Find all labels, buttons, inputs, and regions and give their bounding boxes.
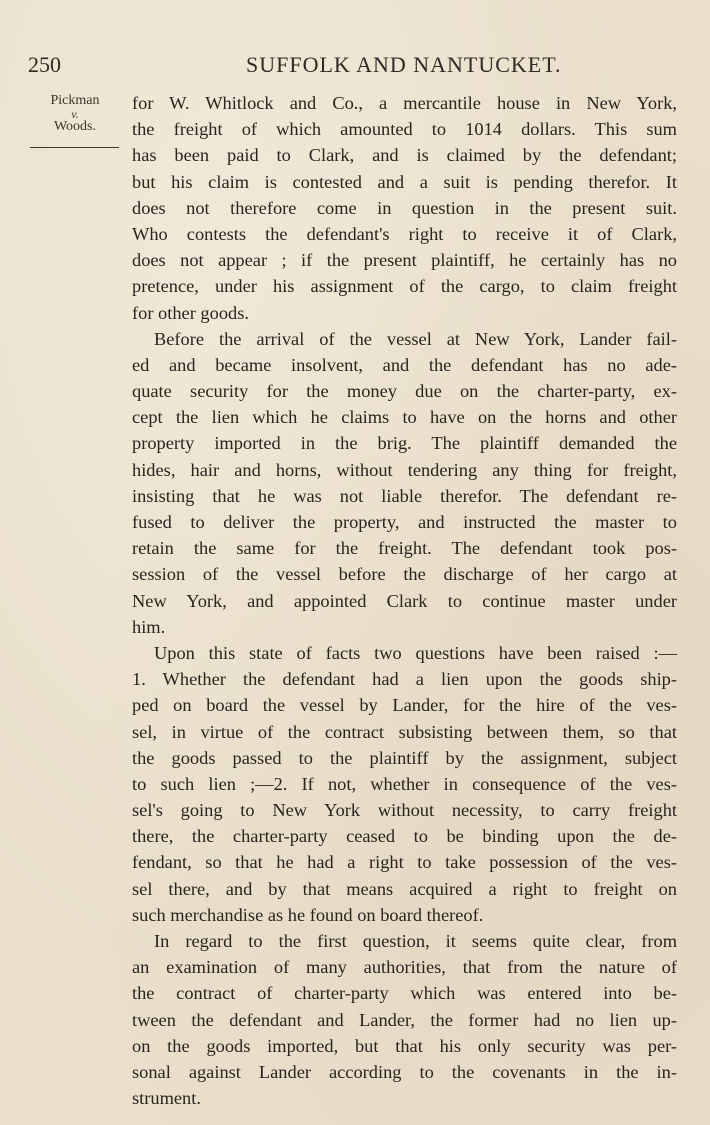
text-line: ed and became insolvent, and the defenda…	[132, 352, 677, 378]
text-line: such merchandise as he found on board th…	[132, 902, 677, 928]
text-line: sel's going to New York without necessit…	[132, 797, 677, 823]
running-head: 250 SUFFOLK AND NANTUCKET.	[28, 52, 688, 82]
text-line: on the goods imported, but that his only…	[132, 1033, 677, 1059]
text-line: for W. Whitlock and Co., a mercantile ho…	[132, 90, 677, 116]
text-line: for other goods.	[132, 300, 677, 326]
text-line: tween the defendant and Lander, the form…	[132, 1007, 677, 1033]
text-line: In regard to the first question, it seem…	[132, 928, 677, 954]
text-line: him.	[132, 614, 677, 640]
text-line: strument.	[132, 1085, 677, 1111]
text-line: Before the arrival of the vessel at New …	[132, 326, 677, 352]
text-line: the goods passed to the plaintiff by the…	[132, 745, 677, 771]
paragraph-4: In regard to the first question, it seem…	[132, 928, 677, 1111]
text-line: ped on board the vessel by Lander, for t…	[132, 692, 677, 718]
paragraph-1: for W. Whitlock and Co., a mercantile ho…	[132, 90, 677, 326]
text-line: sel, in virtue of the contract subsistin…	[132, 719, 677, 745]
text-line: New York, and appointed Clark to continu…	[132, 588, 677, 614]
running-title: SUFFOLK AND NANTUCKET.	[246, 52, 562, 78]
paragraph-2: Before the arrival of the vessel at New …	[132, 326, 677, 640]
text-line: fendant, so that he had a right to take …	[132, 849, 677, 875]
page-number: 250	[28, 52, 61, 78]
text-line: insisting that he was not liable therefo…	[132, 483, 677, 509]
text-line: cept the lien which he claims to have on…	[132, 404, 677, 430]
paragraph-3: Upon this state of facts two questions h…	[132, 640, 677, 928]
body-text: for W. Whitlock and Co., a mercantile ho…	[132, 90, 677, 1111]
text-line: sel there, and by that means acquired a …	[132, 876, 677, 902]
text-line: retain the same for the freight. The def…	[132, 535, 677, 561]
case-sidenote: Pickman v. Woods.	[30, 93, 120, 135]
text-line: the freight of which amounted to 1014 do…	[132, 116, 677, 142]
text-line: does not appear ; if the present plainti…	[132, 247, 677, 273]
text-line: fused to deliver the property, and instr…	[132, 509, 677, 535]
text-line: has been paid to Clark, and is claimed b…	[132, 142, 677, 168]
text-line: Who contests the defendant's right to re…	[132, 221, 677, 247]
sidenote-divider	[30, 147, 119, 148]
text-line: does not therefore come in question in t…	[132, 195, 677, 221]
text-line: quate security for the money due on the …	[132, 378, 677, 404]
text-line: 1. Whether the defendant had a lien upon…	[132, 666, 677, 692]
book-page: 250 SUFFOLK AND NANTUCKET. Pickman v. Wo…	[0, 0, 710, 1125]
text-line: property imported in the brig. The plain…	[132, 430, 677, 456]
sidenote-versus: v.	[30, 109, 120, 119]
text-line: hides, hair and horns, without tendering…	[132, 457, 677, 483]
text-line: there, the charter-party ceased to be bi…	[132, 823, 677, 849]
text-line: to such lien ;—2. If not, whether in con…	[132, 771, 677, 797]
text-line: sonal against Lander according to the co…	[132, 1059, 677, 1085]
text-line: but his claim is contested and a suit is…	[132, 169, 677, 195]
text-line: session of the vessel before the dischar…	[132, 561, 677, 587]
sidenote-defendant: Woods.	[30, 119, 120, 135]
text-line: an examination of many authorities, that…	[132, 954, 677, 980]
text-line: pretence, under his assignment of the ca…	[132, 273, 677, 299]
text-line: the contract of charter-party which was …	[132, 980, 677, 1006]
text-line: Upon this state of facts two questions h…	[132, 640, 677, 666]
